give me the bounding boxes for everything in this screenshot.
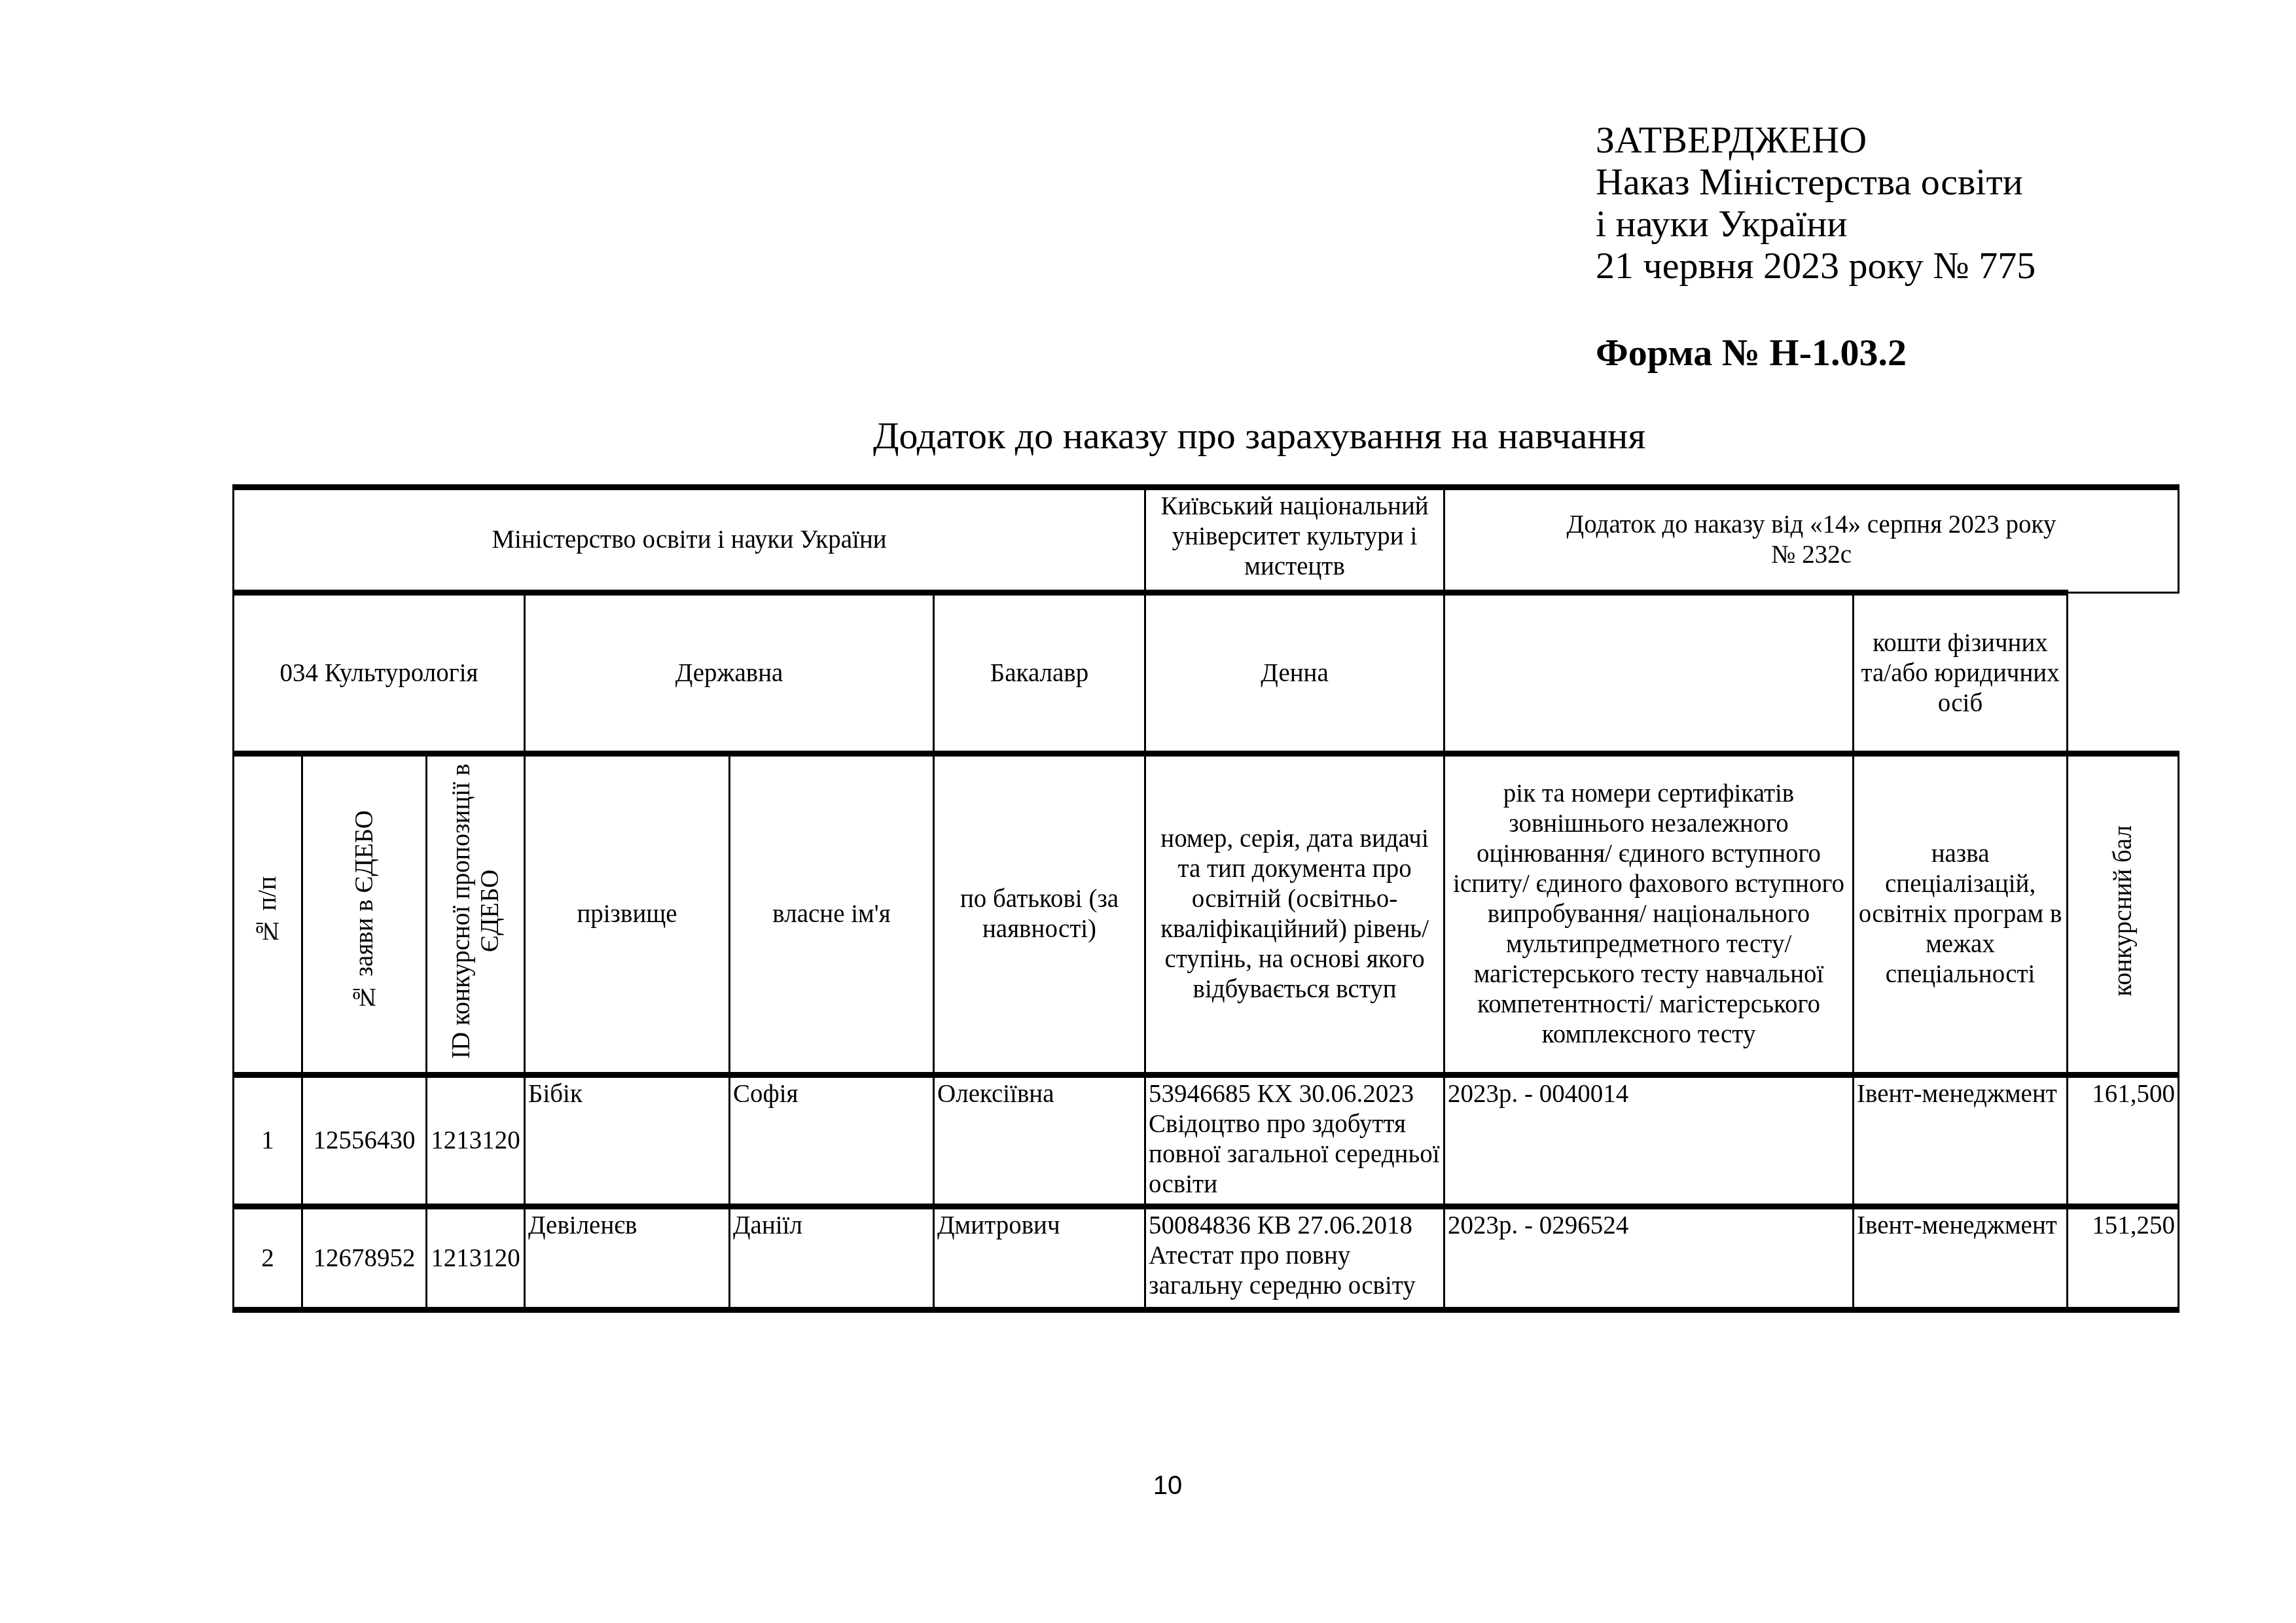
approval-stamp: ЗАТВЕРДЖЕНО <box>1596 119 2036 161</box>
enrollment-table: Міністерство освіти і науки України Київ… <box>232 484 2179 1313</box>
education-document: 53946685 КХ 30.06.2023 Свідоцтво про здо… <box>1145 1075 1444 1207</box>
funding-source-cell: кошти фізичних та/або юридичних осіб <box>1854 593 2068 754</box>
col-header-application-id-text: № заяви в ЄДЕБО <box>350 810 379 1011</box>
col-header-offer-id-text: ID конкурсної пропозиції в ЄДЕБО <box>447 760 505 1061</box>
order-reference-number: № 232с <box>1448 540 2175 570</box>
row-number: 2 <box>234 1207 302 1310</box>
application-id: 12678952 <box>302 1207 427 1310</box>
header-row-program: 034 Культурологія Державна Бакалавр Денн… <box>234 593 2179 754</box>
col-header-certificates: рік та номери сертифікатів зовнішнього н… <box>1444 754 1854 1075</box>
col-header-name: власне ім'я <box>730 754 934 1075</box>
col-header-document: номер, серія, дата видачі та тип докумен… <box>1145 754 1444 1075</box>
table-row: 1 12556430 1213120 Бібік Софія Олексіївн… <box>234 1075 2179 1207</box>
approval-order-line1: Наказ Міністерства освіти <box>1596 161 2036 203</box>
order-reference-cell: Додаток до наказу від «14» серпня 2023 р… <box>1444 488 2179 593</box>
form-number: Форма № Н-1.03.2 <box>1596 330 1907 374</box>
university-cell: Київський національний університет культ… <box>1145 488 1444 593</box>
surname: Девіленєв <box>525 1207 730 1310</box>
col-header-score-text: конкурсний бал <box>2109 825 2138 996</box>
col-header-patronymic: по батькові (за наявності) <box>934 754 1145 1075</box>
first-name: Даніїл <box>730 1207 934 1310</box>
col-header-offer-id: ID конкурсної пропозиції в ЄДЕБО <box>427 754 525 1075</box>
study-form-cell: Денна <box>1145 593 1444 754</box>
empty-cell <box>1444 593 1854 754</box>
row-number: 1 <box>234 1075 302 1207</box>
surname: Бібік <box>525 1075 730 1207</box>
patronymic: Олексіївна <box>934 1075 1145 1207</box>
first-name: Софія <box>730 1075 934 1207</box>
score: 151,250 <box>2068 1207 2179 1310</box>
col-header-program: назва спеціалізацій, освітніх програм в … <box>1854 754 2068 1075</box>
score: 161,500 <box>2068 1075 2179 1207</box>
document-title: Додаток до наказу про зарахування на нав… <box>0 414 2296 457</box>
approval-block: ЗАТВЕРДЖЕНО Наказ Міністерства освіти і … <box>1596 119 2036 287</box>
offer-id: 1213120 <box>427 1075 525 1207</box>
approval-order-date: 21 червня 2023 року № 775 <box>1596 245 2036 287</box>
col-header-score: конкурсний бал <box>2068 754 2179 1075</box>
degree-cell: Бакалавр <box>934 593 1145 754</box>
patronymic: Дмитрович <box>934 1207 1145 1310</box>
page-number: 10 <box>0 1471 2296 1501</box>
offer-id: 1213120 <box>427 1207 525 1310</box>
ownership-cell: Державна <box>525 593 934 754</box>
approval-order-line2: і науки України <box>1596 203 2036 245</box>
certificates: 2023р. - 0296524 <box>1444 1207 1854 1310</box>
header-row-institution: Міністерство освіти і науки України Київ… <box>234 488 2179 593</box>
table-row: 2 12678952 1213120 Девіленєв Даніїл Дмит… <box>234 1207 2179 1310</box>
order-reference-line1: Додаток до наказу від «14» серпня 2023 р… <box>1448 510 2175 540</box>
column-header-row: № п/п № заяви в ЄДЕБО ID конкурсної проп… <box>234 754 2179 1075</box>
certificates: 2023р. - 0040014 <box>1444 1075 1854 1207</box>
col-header-application-id: № заяви в ЄДЕБО <box>302 754 427 1075</box>
col-header-surname: прізвище <box>525 754 730 1075</box>
col-header-number: № п/п <box>234 754 302 1075</box>
program: Івент-менеджмент <box>1854 1207 2068 1310</box>
program: Івент-менеджмент <box>1854 1075 2068 1207</box>
specialty-cell: 034 Культурологія <box>234 593 525 754</box>
col-header-number-text: № п/п <box>253 876 282 945</box>
education-document: 50084836 КВ 27.06.2018 Атестат про повну… <box>1145 1207 1444 1310</box>
application-id: 12556430 <box>302 1075 427 1207</box>
ministry-cell: Міністерство освіти і науки України <box>234 488 1145 593</box>
